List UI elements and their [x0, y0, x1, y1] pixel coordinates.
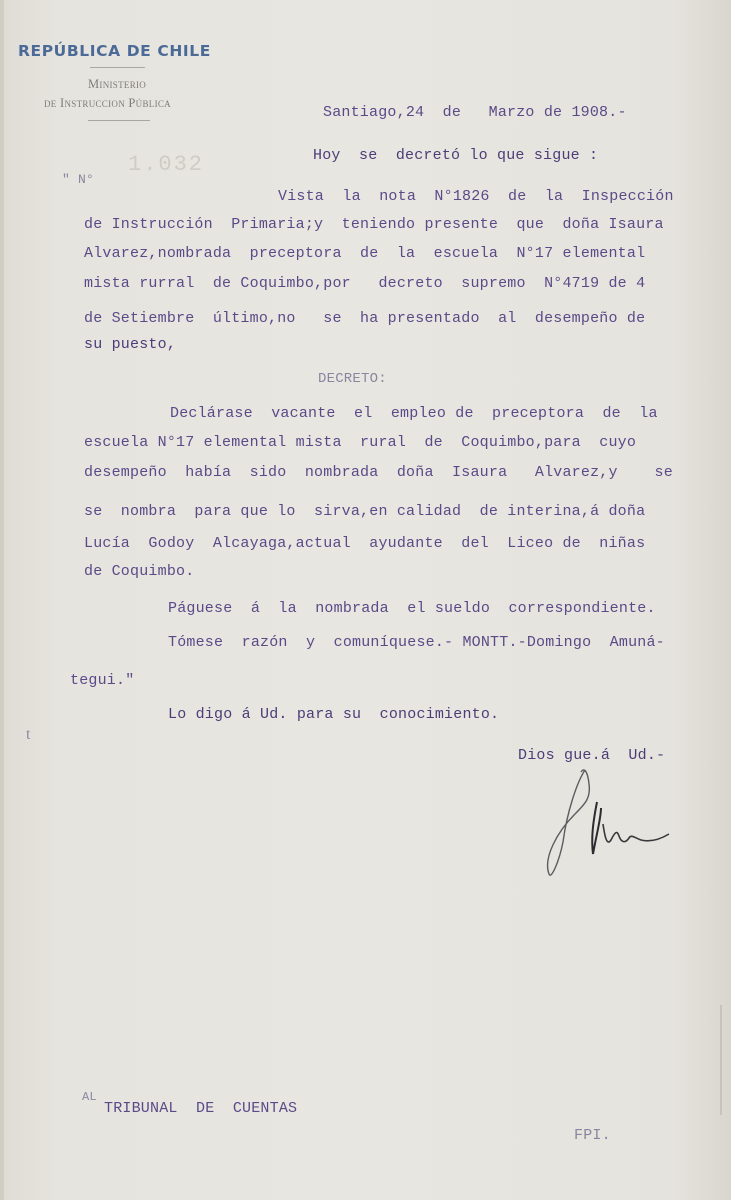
document-page: REPÚBLICA DE CHILE Ministerio de Instruc… [0, 0, 731, 1200]
decree-line-5: Lucía Godoy Alcayaga,actual ayudante del… [84, 535, 645, 552]
letterhead-ministry-line2: de Instruccion Pública [44, 96, 171, 111]
letterhead-country: REPÚBLICA DE CHILE [18, 42, 211, 60]
decree-line-1: Declárase vacante el empleo de preceptor… [170, 405, 658, 422]
addressee: TRIBUNAL DE CUENTAS [104, 1100, 297, 1117]
letterhead-rule-bottom [88, 120, 150, 121]
pencil-mark: t [26, 726, 30, 744]
notice-line: Lo digo á Ud. para su conocimiento. [168, 706, 499, 723]
intro-line: Hoy se decretó lo que sigue : [313, 147, 598, 164]
body-line-4: mista rurral de Coquimbo,por decreto sup… [84, 275, 645, 292]
decree-line-6: de Coquimbo. [84, 563, 194, 580]
letterhead-ministry-line1: Ministerio [88, 77, 146, 92]
decree-closing-end: tegui." [70, 672, 134, 689]
body-line-6: su puesto, [84, 336, 176, 353]
decree-line-3: desempeño había sido nombrada doña Isaur… [84, 464, 673, 481]
typist-initials: FPI. [574, 1127, 611, 1144]
decree-closing-line: Tómese razón y comuníquese.- MONTT.-Domi… [168, 634, 665, 651]
stamp-number: 1.032 [128, 152, 204, 177]
decree-pay-line: Páguese á la nombrada el sueldo correspo… [168, 600, 656, 617]
letterhead-rule-top [90, 67, 145, 68]
signature-icon [545, 762, 675, 882]
page-edge [0, 0, 4, 1200]
body-line-5: de Setiembre último,no se ha presentado … [84, 310, 645, 327]
body-line-3: Alvarez,nombrada preceptora de la escuel… [84, 245, 645, 262]
paper-crease [720, 1005, 722, 1115]
document-date: Santiago,24 de Marzo de 1908.- [323, 104, 627, 121]
reference-number-label: " N° [62, 172, 94, 187]
body-line-1: Vista la nota N°1826 de la Inspección [278, 188, 674, 205]
decree-line-4: se nombra para que lo sirva,en calidad d… [84, 503, 645, 520]
body-line-2: de Instrucción Primaria;y teniendo prese… [84, 216, 664, 233]
addressee-prefix: AL [82, 1090, 97, 1104]
decree-heading: DECRETO: [318, 371, 387, 387]
decree-line-2: escuela N°17 elemental mista rural de Co… [84, 434, 636, 451]
